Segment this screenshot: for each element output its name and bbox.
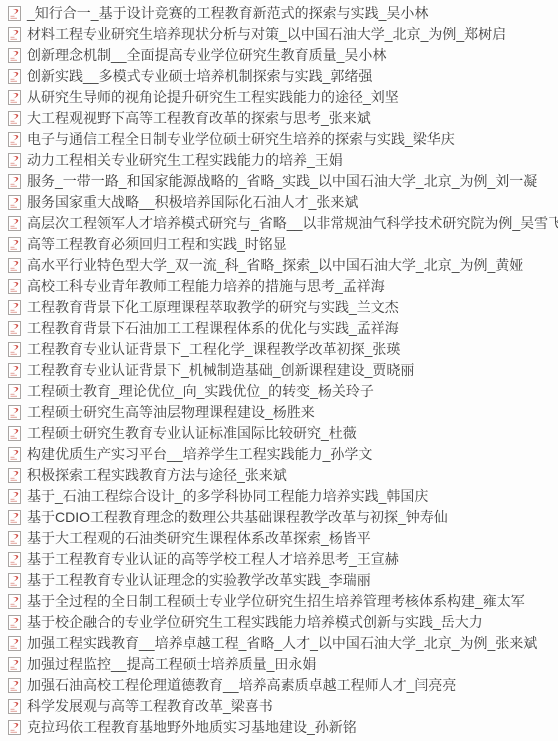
pdf-file-icon [8, 69, 21, 84]
pdf-file-icon [8, 153, 21, 168]
file-name: 材料工程专业研究生培养现状分析与对策_以中国石油大学_北京_为例_郑树启 [27, 24, 506, 45]
pdf-file-icon [8, 195, 21, 210]
file-name: 克拉玛依工程教育基地野外地质实习基地建设_孙新铭 [27, 717, 357, 738]
file-list-item[interactable]: 工程教育专业认证背景下_工程化学_课程教学改革初探_张瑛 [8, 339, 558, 360]
file-name: 创新实践__多模式专业硕士培养机制探索与实践_郭绪强 [27, 66, 372, 87]
pdf-file-icon [8, 384, 21, 399]
file-list-item[interactable]: 工程硕士研究生教育专业认证标准国际比较研究_杜薇 [8, 423, 558, 444]
pdf-file-icon [8, 111, 21, 126]
pdf-file-icon [8, 342, 21, 357]
file-list-item[interactable]: 基于全过程的全日制工程硕士专业学位研究生招生培养管理考核体系构建_雍太军 [8, 591, 558, 612]
pdf-file-icon [8, 279, 21, 294]
pdf-file-icon [8, 615, 21, 630]
file-list: _知行合一_基于设计竞赛的工程教育新范式的探索与实践_吴小林 材料工程专业研究生… [0, 0, 558, 738]
pdf-file-icon [8, 594, 21, 609]
file-list-item[interactable]: 高等工程教育必须回归工程和实践_时铭显 [8, 234, 558, 255]
file-list-item[interactable]: 工程硕士研究生高等油层物理课程建设_杨胜来 [8, 402, 558, 423]
file-list-item[interactable]: 工程硕士教育_理论优位_向_实践优位_的转变_杨关玲子 [8, 381, 558, 402]
pdf-file-icon [8, 468, 21, 483]
file-name: 工程教育专业认证背景下_机械制造基础_创新课程建设_贾晓丽 [27, 360, 414, 381]
file-name: 工程教育背景下石油加工工程课程体系的优化与实践_孟祥海 [27, 318, 399, 339]
pdf-file-icon [8, 237, 21, 252]
file-name: 工程硕士教育_理论优位_向_实践优位_的转变_杨关玲子 [27, 381, 374, 402]
file-list-item[interactable]: 基于CDIO工程教育理念的数理公共基础课程教学改革与初探_钟寿仙 [8, 507, 558, 528]
file-list-item[interactable]: 科学发展观与高等工程教育改革_梁喜书 [8, 696, 558, 717]
file-name: 积极探索工程实践教育方法与途径_张来斌 [27, 465, 287, 486]
pdf-file-icon [8, 6, 21, 21]
file-list-item[interactable]: 基于工程教育专业认证理念的实验教学改革实践_李瑞丽 [8, 570, 558, 591]
file-name: 加强石油高校工程伦理道德教育__培养高素质卓越工程师人才_闫亮亮 [27, 675, 456, 696]
file-list-item[interactable]: 大工程观视野下高等工程教育改革的探索与思考_张来斌 [8, 108, 558, 129]
file-name: 基于_石油工程综合设计_的多学科协同工程能力培养实践_韩国庆 [27, 486, 428, 507]
file-list-item[interactable]: 创新实践__多模式专业硕士培养机制探索与实践_郭绪强 [8, 66, 558, 87]
pdf-file-icon [8, 573, 21, 588]
file-list-item[interactable]: 基于校企融合的专业学位研究生工程实践能力培养模式创新与实践_岳大力 [8, 612, 558, 633]
file-list-item[interactable]: 创新理念机制__全面提高专业学位研究生教育质量_吴小林 [8, 45, 558, 66]
pdf-file-icon [8, 90, 21, 105]
file-name: 创新理念机制__全面提高专业学位研究生教育质量_吴小林 [27, 45, 386, 66]
pdf-file-icon [8, 489, 21, 504]
file-name: 服务_一带一路_和国家能源战略的_省略_实践_以中国石油大学_北京_为例_刘一凝 [27, 171, 537, 192]
file-name: 基于校企融合的专业学位研究生工程实践能力培养模式创新与实践_岳大力 [27, 612, 483, 633]
file-name: 加强工程实践教育__培养卓越工程_省略_人才_以中国石油大学_北京_为例_张来斌 [27, 633, 537, 654]
pdf-file-icon [8, 405, 21, 420]
file-list-item[interactable]: 加强过程监控__提高工程硕士培养质量_田永娟 [8, 654, 558, 675]
file-name: _知行合一_基于设计竞赛的工程教育新范式的探索与实践_吴小林 [27, 3, 428, 24]
file-list-item[interactable]: 动力工程相关专业研究生工程实践能力的培养_王娟 [8, 150, 558, 171]
file-list-item[interactable]: 加强工程实践教育__培养卓越工程_省略_人才_以中国石油大学_北京_为例_张来斌 [8, 633, 558, 654]
file-list-item[interactable]: 电子与通信工程全日制专业学位硕士研究生培养的探索与实践_梁华庆 [8, 129, 558, 150]
file-list-item[interactable]: 克拉玛依工程教育基地野外地质实习基地建设_孙新铭 [8, 717, 558, 738]
file-name: 电子与通信工程全日制专业学位硕士研究生培养的探索与实践_梁华庆 [27, 129, 455, 150]
pdf-file-icon [8, 132, 21, 147]
pdf-file-icon [8, 510, 21, 525]
pdf-file-icon [8, 300, 21, 315]
file-name: 工程教育专业认证背景下_工程化学_课程教学改革初探_张瑛 [27, 339, 400, 360]
file-list-item[interactable]: 服务_一带一路_和国家能源战略的_省略_实践_以中国石油大学_北京_为例_刘一凝 [8, 171, 558, 192]
file-name: 加强过程监控__提高工程硕士培养质量_田永娟 [27, 654, 316, 675]
file-list-item[interactable]: 材料工程专业研究生培养现状分析与对策_以中国石油大学_北京_为例_郑树启 [8, 24, 558, 45]
file-name: 高层次工程领军人才培养模式研究与_省略__以非常规油气科学技术研究院为例_吴雪飞 [27, 213, 558, 234]
pdf-file-icon [8, 426, 21, 441]
file-list-item[interactable]: 高校工科专业青年教师工程能力培养的措施与思考_孟祥海 [8, 276, 558, 297]
file-list-item[interactable]: 构建优质生产实习平台__培养学生工程实践能力_孙学文 [8, 444, 558, 465]
file-name: 工程硕士研究生教育专业认证标准国际比较研究_杜薇 [27, 423, 357, 444]
file-name: 大工程观视野下高等工程教育改革的探索与思考_张来斌 [27, 108, 371, 129]
file-list-item[interactable]: 积极探索工程实践教育方法与途径_张来斌 [8, 465, 558, 486]
file-name: 科学发展观与高等工程教育改革_梁喜书 [27, 696, 273, 717]
pdf-file-icon [8, 657, 21, 672]
file-list-item[interactable]: 基于_石油工程综合设计_的多学科协同工程能力培养实践_韩国庆 [8, 486, 558, 507]
file-list-item[interactable]: 工程教育专业认证背景下_机械制造基础_创新课程建设_贾晓丽 [8, 360, 558, 381]
pdf-file-icon [8, 720, 21, 735]
pdf-file-icon [8, 27, 21, 42]
pdf-file-icon [8, 552, 21, 567]
file-name: 从研究生导师的视角论提升研究生工程实践能力的途径_刘坚 [27, 87, 399, 108]
pdf-file-icon [8, 636, 21, 651]
pdf-file-icon [8, 48, 21, 63]
pdf-file-icon [8, 321, 21, 336]
file-name: 构建优质生产实习平台__培养学生工程实践能力_孙学文 [27, 444, 372, 465]
pdf-file-icon [8, 216, 21, 231]
file-list-item[interactable]: 工程教育背景下化工原理课程萃取教学的研究与实践_兰文杰 [8, 297, 558, 318]
file-name: 基于CDIO工程教育理念的数理公共基础课程教学改革与初探_钟寿仙 [27, 507, 448, 528]
file-list-item[interactable]: _知行合一_基于设计竞赛的工程教育新范式的探索与实践_吴小林 [8, 3, 558, 24]
file-list-item[interactable]: 基于大工程观的石油类研究生课程体系改革探索_杨皆平 [8, 528, 558, 549]
file-list-item[interactable]: 加强石油高校工程伦理道德教育__培养高素质卓越工程师人才_闫亮亮 [8, 675, 558, 696]
file-list-item[interactable]: 高层次工程领军人才培养模式研究与_省略__以非常规油气科学技术研究院为例_吴雪飞 [8, 213, 558, 234]
pdf-file-icon [8, 363, 21, 378]
file-name: 动力工程相关专业研究生工程实践能力的培养_王娟 [27, 150, 343, 171]
file-list-item[interactable]: 从研究生导师的视角论提升研究生工程实践能力的途径_刘坚 [8, 87, 558, 108]
file-name: 高水平行业特色型大学_双一流_科_省略_探索_以中国石油大学_北京_为例_黄娅 [27, 255, 523, 276]
pdf-file-icon [8, 447, 21, 462]
pdf-file-icon [8, 678, 21, 693]
file-name: 高等工程教育必须回归工程和实践_时铭显 [27, 234, 287, 255]
pdf-file-icon [8, 258, 21, 273]
file-list-item[interactable]: 高水平行业特色型大学_双一流_科_省略_探索_以中国石油大学_北京_为例_黄娅 [8, 255, 558, 276]
file-name: 工程硕士研究生高等油层物理课程建设_杨胜来 [27, 402, 315, 423]
file-list-item[interactable]: 工程教育背景下石油加工工程课程体系的优化与实践_孟祥海 [8, 318, 558, 339]
pdf-file-icon [8, 699, 21, 714]
file-list-item[interactable]: 基于工程教育专业认证的高等学校工程人才培养思考_王宣赫 [8, 549, 558, 570]
file-name: 服务国家重大战略__积极培养国际化石油人才_张来斌 [27, 192, 358, 213]
file-name: 基于工程教育专业认证的高等学校工程人才培养思考_王宣赫 [27, 549, 399, 570]
file-name: 高校工科专业青年教师工程能力培养的措施与思考_孟祥海 [27, 276, 385, 297]
pdf-file-icon [8, 174, 21, 189]
file-list-item[interactable]: 服务国家重大战略__积极培养国际化石油人才_张来斌 [8, 192, 558, 213]
file-name: 工程教育背景下化工原理课程萃取教学的研究与实践_兰文杰 [27, 297, 399, 318]
file-name: 基于全过程的全日制工程硕士专业学位研究生招生培养管理考核体系构建_雍太军 [27, 591, 525, 612]
file-name: 基于工程教育专业认证理念的实验教学改革实践_李瑞丽 [27, 570, 371, 591]
file-name: 基于大工程观的石油类研究生课程体系改革探索_杨皆平 [27, 528, 371, 549]
pdf-file-icon [8, 531, 21, 546]
